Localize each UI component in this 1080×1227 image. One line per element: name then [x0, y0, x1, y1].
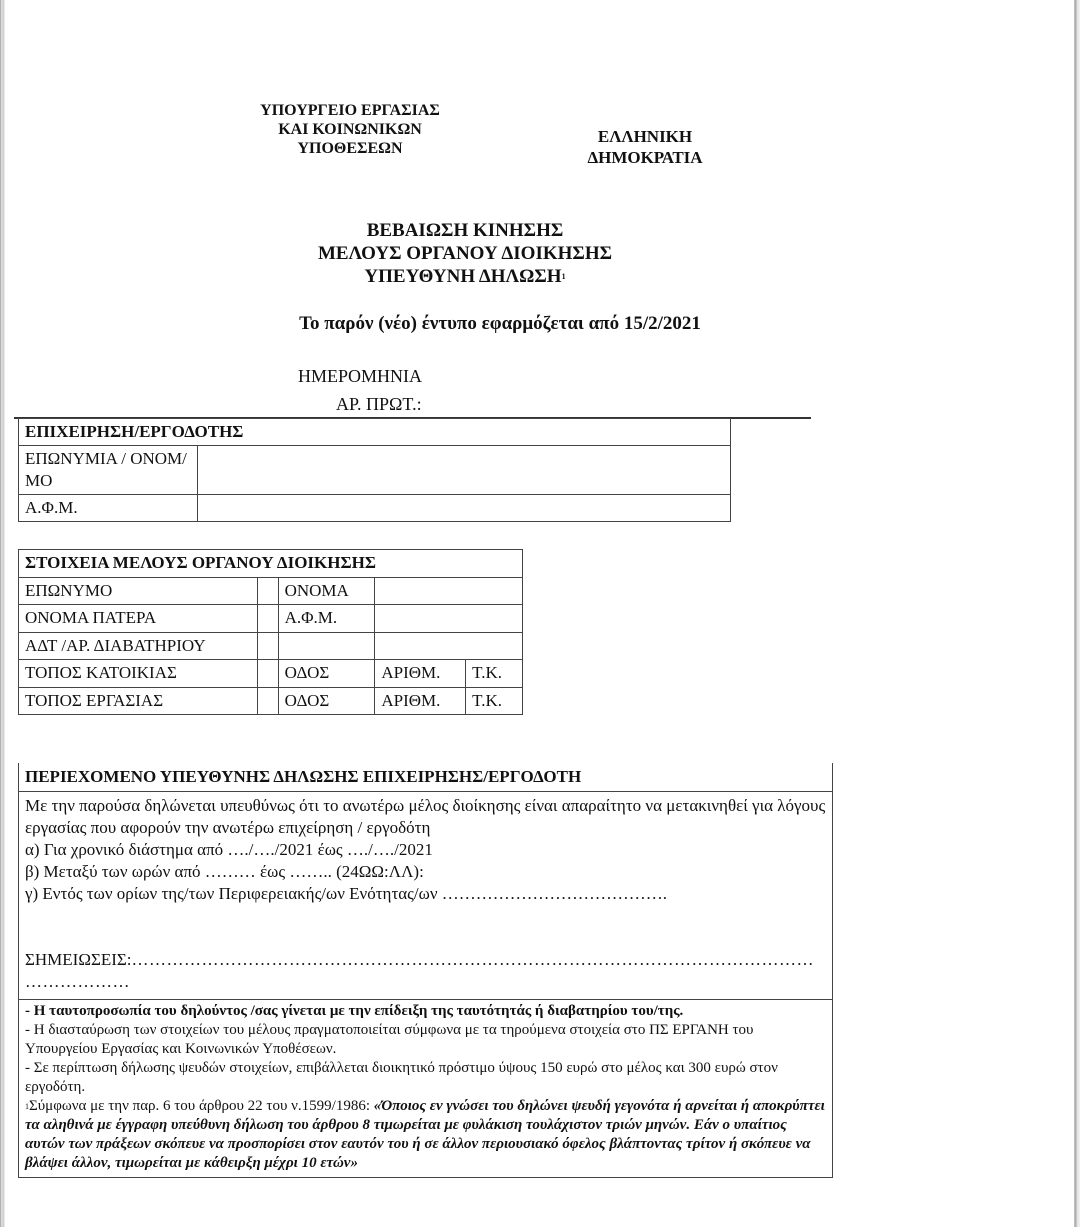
id-passport-extra-field-2[interactable]	[375, 632, 523, 660]
table-row: Α.Φ.Μ.	[19, 495, 731, 522]
member-table-heading: ΣΤΟΙΧΕΙΑ ΜΕΛΟΥΣ ΟΡΓΑΝΟΥ ΔΙΟΙΚΗΣΗΣ	[19, 550, 523, 578]
id-passport-field[interactable]	[257, 632, 278, 660]
republic-line: ΔΗΜΟΚΡΑΤΙΑ	[560, 147, 730, 168]
field-label-residence-street: ΟΔΟΣ	[278, 660, 375, 688]
ministry-header: ΥΠΟΥΡΓΕΙΟ ΕΡΓΑΣΙΑΣ ΚΑΙ ΚΟΙΝΩΝΙΚΩΝ ΥΠΟΘΕΣ…	[230, 101, 470, 158]
father-name-field[interactable]	[257, 605, 278, 633]
residence-field[interactable]	[257, 660, 278, 688]
note-identity: - Η ταυτοπροσωπία του δηλούντος /σας γίν…	[25, 1002, 826, 1021]
protocol-number-label: ΑΡ. ΠΡΩΤ.:	[336, 394, 422, 415]
field-label-workplace-postcode: Τ.Κ.	[466, 687, 523, 715]
field-label-workplace: ΤΟΠΟΣ ΕΡΓΑΣΙΑΣ	[19, 687, 258, 715]
surname-field[interactable]	[257, 577, 278, 605]
republic-header: ΕΛΛΗΝΙΚΗ ΔΗΜΟΚΡΑΤΙΑ	[560, 126, 730, 168]
title-line: ΥΠΕΥΘΥΝΗ ΔΗΛΩΣΗ1	[240, 265, 690, 288]
field-label-company-name: ΕΠΩΝΥΜΙΑ / ΟΝΟΜ/ΜΟ	[19, 446, 198, 495]
workplace-field[interactable]	[257, 687, 278, 715]
footnote-marker: 1	[562, 272, 566, 281]
employer-table: ΕΠΙΧΕΙΡΗΣΗ/ΕΡΓΟΔΟΤΗΣ ΕΠΩΝΥΜΙΑ / ΟΝΟΜ/ΜΟ …	[18, 418, 731, 522]
ministry-line: ΥΠΟΘΕΣΕΩΝ	[230, 139, 470, 158]
note-law: 1Σύμφωνα με την παρ. 6 του άρθρου 22 του…	[25, 1097, 826, 1173]
notes-dots: ………………………………………………………………………………………………………	[132, 950, 815, 969]
footer-notes: - Η ταυτοπροσωπία του δηλούντος /σας γίν…	[19, 1000, 833, 1178]
title-line: ΜΕΛΟΥΣ ΟΡΓΑΝΟΥ ΔΙΟΙΚΗΣΗΣ	[240, 242, 690, 265]
field-label-first-name: ΟΝΟΜΑ	[278, 577, 375, 605]
first-name-field[interactable]	[375, 577, 523, 605]
member-table: ΣΤΟΙΧΕΙΑ ΜΕΛΟΥΣ ΟΡΓΑΝΟΥ ΔΙΟΙΚΗΣΗΣ ΕΠΩΝΥΜ…	[18, 549, 523, 715]
declaration-item-region: γ) Εντός των ορίων της/των Περιφερειακής…	[25, 883, 826, 905]
declaration-item-hours: β) Μεταξύ των ωρών από ……… έως …….. (24Ω…	[25, 861, 826, 883]
ministry-line: ΥΠΟΥΡΓΕΙΟ ΕΡΓΑΣΙΑΣ	[230, 101, 470, 120]
field-label-id-passport: ΑΔΤ /ΑΡ. ΔΙΑΒΑΤΗΡΙΟΥ	[19, 632, 258, 660]
field-label-residence: ΤΟΠΟΣ ΚΑΤΟΙΚΙΑΣ	[19, 660, 258, 688]
title-line: ΒΕΒΑΙΩΣΗ ΚΙΝΗΣΗΣ	[240, 219, 690, 242]
republic-line: ΕΛΛΗΝΙΚΗ	[560, 126, 730, 147]
note-penalty: - Σε περίπτωση δήλωσης ψευδών στοιχείων,…	[25, 1059, 826, 1097]
table-row: ΕΠΩΝΥΜΟ ΟΝΟΜΑ	[19, 577, 523, 605]
table-row: ΟΝΟΜΑ ΠΑΤΕΡΑ Α.Φ.Μ.	[19, 605, 523, 633]
notes-label: ΣΗΜΕΙΩΣΕΙΣ:	[25, 950, 132, 969]
notes-line: ΣΗΜΕΙΩΣΕΙΣ:………………………………………………………………………………	[25, 949, 826, 971]
document-subtitle: Το παρόν (νέο) έντυπο εφαρμόζεται από 15…	[200, 313, 800, 335]
law-intro: Σύμφωνα με την παρ. 6 του άρθρου 22 του …	[29, 1098, 374, 1114]
field-label-surname: ΕΠΩΝΥΜΟ	[19, 577, 258, 605]
employer-tax-id-field[interactable]	[198, 495, 731, 522]
table-row: ΤΟΠΟΣ ΚΑΤΟΙΚΙΑΣ ΟΔΟΣ ΑΡΙΘΜ. Τ.Κ.	[19, 660, 523, 688]
member-tax-id-field[interactable]	[375, 605, 523, 633]
document-title: ΒΕΒΑΙΩΣΗ ΚΙΝΗΣΗΣ ΜΕΛΟΥΣ ΟΡΓΑΝΟΥ ΔΙΟΙΚΗΣΗ…	[240, 219, 690, 288]
field-label-workplace-number: ΑΡΙΘΜ.	[375, 687, 466, 715]
table-row: ΕΠΩΝΥΜΙΑ / ΟΝΟΜ/ΜΟ	[19, 446, 731, 495]
company-name-field[interactable]	[198, 446, 731, 495]
field-label-tax-id: Α.Φ.Μ.	[19, 495, 198, 522]
date-label: ΗΜΕΡΟΜΗΝΙΑ	[298, 366, 422, 387]
employer-table-heading: ΕΠΙΧΕΙΡΗΣΗ/ΕΡΓΟΔΟΤΗΣ	[19, 419, 731, 446]
note-verification: - Η διασταύρωση των στοιχείων του μέλους…	[25, 1021, 826, 1059]
field-label-member-tax-id: Α.Φ.Μ.	[278, 605, 375, 633]
id-passport-extra-field[interactable]	[278, 632, 375, 660]
declaration-body: Με την παρούσα δηλώνεται υπευθύνως ότι τ…	[19, 792, 833, 1000]
page-edge-left	[0, 0, 5, 1227]
declaration-heading: ΠΕΡΙΕΧΟΜΕΝΟ ΥΠΕΥΘΥΝΗΣ ΔΗΛΩΣΗΣ ΕΠΙΧΕΙΡΗΣΗ…	[19, 763, 833, 792]
field-label-residence-postcode: Τ.Κ.	[466, 660, 523, 688]
declaration-intro: Με την παρούσα δηλώνεται υπευθύνως ότι τ…	[25, 795, 826, 839]
table-row: ΤΟΠΟΣ ΕΡΓΑΣΙΑΣ ΟΔΟΣ ΑΡΙΘΜ. Τ.Κ.	[19, 687, 523, 715]
page-edge-right	[1074, 0, 1080, 1227]
field-label-father-name: ΟΝΟΜΑ ΠΑΤΕΡΑ	[19, 605, 258, 633]
ministry-line: ΚΑΙ ΚΟΙΝΩΝΙΚΩΝ	[230, 120, 470, 139]
declaration-item-period: α) Για χρονικό διάστημα από …./…./2021 έ…	[25, 839, 826, 861]
notes-dots: ………………	[25, 971, 826, 993]
declaration-table: ΠΕΡΙΕΧΟΜΕΝΟ ΥΠΕΥΘΥΝΗΣ ΔΗΛΩΣΗΣ ΕΠΙΧΕΙΡΗΣΗ…	[18, 763, 833, 1178]
table-row: ΑΔΤ /ΑΡ. ΔΙΑΒΑΤΗΡΙΟΥ	[19, 632, 523, 660]
field-label-workplace-street: ΟΔΟΣ	[278, 687, 375, 715]
field-label-residence-number: ΑΡΙΘΜ.	[375, 660, 466, 688]
